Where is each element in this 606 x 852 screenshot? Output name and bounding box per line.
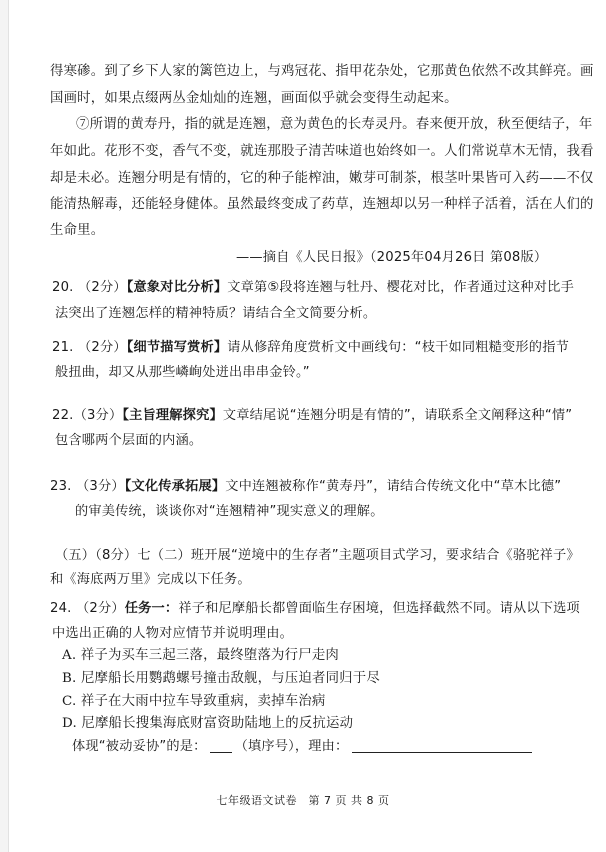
question-tag: 【主旨理解探究】 bbox=[122, 408, 223, 423]
page-footer: 七年级语文试卷 第 7 页 共 8 页 bbox=[0, 792, 606, 808]
passage-line: 却是未必。连翘分明是有情的，它的种子能榨油，嫩芽可制茶，根茎叶果皆可入药——不仅 bbox=[50, 170, 594, 188]
question-23-cont: 的审美传统，谈谈你对“连翘精神”现实意义的理解。 bbox=[75, 503, 384, 521]
passage-line: 生命里。 bbox=[50, 222, 104, 240]
passage-line: 国画时，如果点缀两丛金灿灿的连翘，画面似乎就会变得生动起来。 bbox=[50, 90, 458, 108]
question-number: 20. bbox=[52, 280, 74, 295]
question-text: 请从修辞角度赏析文中画线句：“枝干如同粗糙变形的指节 bbox=[227, 340, 569, 355]
question-number: 24. bbox=[50, 601, 72, 616]
passage-source: ——摘自《人民日报》（2025年04月26日 第08版） bbox=[236, 249, 547, 267]
question-tag: 任务一： bbox=[125, 601, 179, 616]
passage-line: 得寒碜。到了乡下人家的篱笆边上，与鸡冠花、指甲花杂处，它那黄色依然不改其鲜亮。画 bbox=[50, 63, 594, 81]
passage-line: 年如此。花形不变，香气不变，就连那股子清苦味道也始终如一。人们常说草木无情，我看 bbox=[50, 143, 594, 161]
question-number: 23. bbox=[50, 479, 72, 494]
answer-prompt-choice: 体现“被动妥协”的是： bbox=[72, 739, 207, 754]
passage-line: 能清热解毒，还能轻身健体。虽然最终变成了药草，连翘却以另一种样子活着，活在人们的 bbox=[50, 196, 594, 214]
question-24-cont: 中选出正确的人物对应情节并说明理由。 bbox=[52, 625, 293, 643]
question-24: 24. （2分）任务一：祥子和尼摩船长都曾面临生存困境，但选择截然不同。请从以下… bbox=[50, 600, 580, 618]
section-5-intro-cont: 和《海底两万里》完成以下任务。 bbox=[50, 571, 251, 589]
reason-blank[interactable] bbox=[352, 738, 532, 753]
question-text: 祥子和尼摩船长都曾面临生存困境，但选择截然不同。请从以下选项 bbox=[178, 601, 580, 616]
question-21-cont: 般扭曲，却又从那些嶙峋处迸出串串金铃。” bbox=[55, 364, 310, 382]
option-c: C. 祥子在大雨中拉车导致重病，卖掉车治病 bbox=[62, 693, 326, 711]
question-text: 文中连翘被称作“黄寿丹”，请结合传统文化中“草木比德” bbox=[225, 479, 561, 494]
option-b: B. 尼摩船长用鹦鹉螺号撞击敌舰，与压迫者同归于尽 bbox=[62, 670, 380, 688]
question-number: 22. bbox=[52, 408, 74, 423]
question-22: 22.（3分）【主旨理解探究】文章结尾说“连翘分明是有情的”，请联系全文阐释这种… bbox=[52, 407, 572, 425]
answer-line: 体现“被动妥协”的是：（填序号），理由： bbox=[72, 738, 532, 756]
passage-line: ⑦所谓的黄寿丹，指的就是连翘，意为黄色的长寿灵丹。春来便开放，秋至便结子，年 bbox=[76, 116, 592, 134]
exam-page: 得寒碜。到了乡下人家的篱笆边上，与鸡冠花、指甲花杂处，它那黄色依然不改其鲜亮。画… bbox=[0, 0, 606, 852]
question-tag: 【细节描写赏析】 bbox=[127, 340, 228, 355]
question-tag: 【文化传承拓展】 bbox=[125, 479, 226, 494]
question-23: 23. （3分）【文化传承拓展】文中连翘被称作“黄寿丹”，请结合传统文化中“草木… bbox=[50, 478, 561, 496]
option-d: D. 尼摩船长搜集海底财富资助陆地上的反抗运动 bbox=[62, 715, 353, 733]
question-21: 21. （2分）【细节描写赏析】请从修辞角度赏析文中画线句：“枝干如同粗糙变形的… bbox=[52, 339, 569, 357]
question-tag: 【意象对比分析】 bbox=[127, 280, 228, 295]
choice-blank[interactable] bbox=[210, 738, 232, 753]
question-score: （2分） bbox=[78, 280, 127, 295]
question-score: （2分） bbox=[78, 340, 127, 355]
answer-prompt-reason: （填序号），理由： bbox=[235, 739, 349, 754]
question-score: （3分） bbox=[76, 479, 125, 494]
section-5-intro: （五）（8分）七（二）班开展“逆境中的生存者”主题项目式学习，要求结合《骆驼祥子… bbox=[55, 547, 580, 565]
question-22-cont: 包含哪两个层面的内涵。 bbox=[55, 432, 202, 450]
question-20-cont: 法突出了连翘怎样的精神特质？请结合全文简要分析。 bbox=[55, 305, 376, 323]
question-number: 21. bbox=[52, 340, 74, 355]
question-text: 文章结尾说“连翘分明是有情的”，请联系全文阐释这种“情” bbox=[223, 408, 572, 423]
option-a: A. 祥子为买车三起三落，最终堕落为行尸走肉 bbox=[62, 647, 339, 665]
question-20: 20. （2分）【意象对比分析】文章第⑤段将连翘与牡丹、樱花对比，作者通过这种对… bbox=[52, 279, 574, 297]
question-score: （3分） bbox=[74, 408, 123, 423]
question-score: （2分） bbox=[76, 601, 125, 616]
question-text: 文章第⑤段将连翘与牡丹、樱花对比，作者通过这种对比手 bbox=[227, 280, 574, 295]
